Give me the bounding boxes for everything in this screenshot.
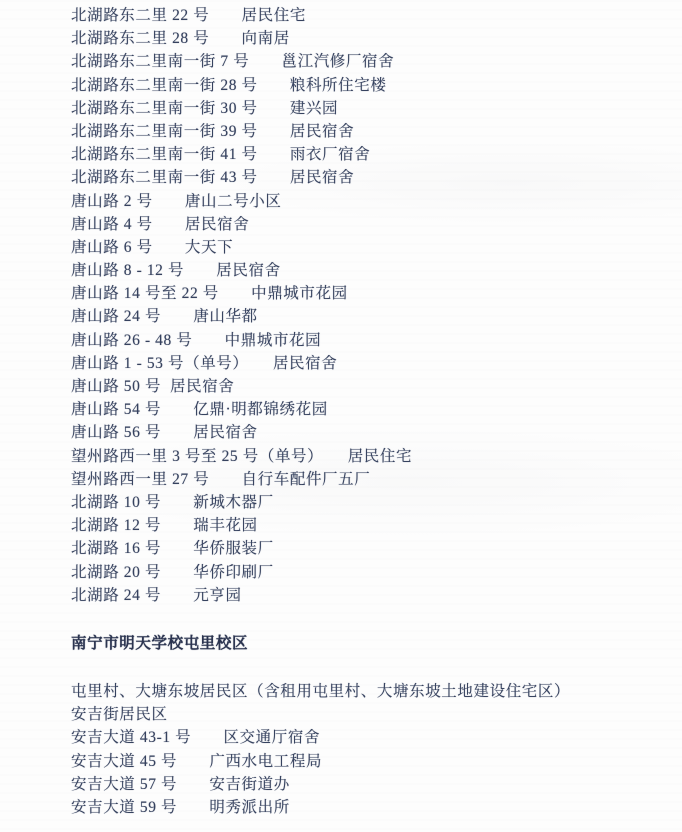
- address-line: 北湖路东二里 28 号 向南居: [71, 27, 672, 50]
- address-line: 安吉大道 45 号 广西水电工程局: [71, 750, 672, 773]
- address-line: 北湖路 24 号 元亨园: [71, 584, 672, 607]
- address-line: 安吉大道 43-1 号 区交通厅宿舍: [71, 726, 672, 749]
- address-line: 唐山路 6 号 大天下: [71, 236, 672, 259]
- address-line: 唐山路 54 号 亿鼎·明都锦绣花园: [71, 398, 672, 421]
- address-line: 唐山路 26 - 48 号 中鼎城市花园: [71, 329, 672, 352]
- address-line: 望州路西一里 3 号至 25 号（单号） 居民住宅: [71, 445, 672, 468]
- address-line: 北湖路东二里南一街 43 号 居民宿舍: [71, 166, 672, 189]
- address-line: 北湖路 16 号 华侨服装厂: [71, 537, 672, 560]
- address-line: 北湖路东二里南一街 30 号 建兴园: [71, 97, 672, 120]
- document-page: 北湖路东二里 22 号 居民住宅 北湖路东二里 28 号 向南居 北湖路东二里南…: [0, 0, 682, 832]
- address-line: 唐山路 50 号 居民宿舍: [71, 375, 672, 398]
- address-line: 唐山路 56 号 居民宿舍: [71, 421, 672, 444]
- address-line: 北湖路东二里 22 号 居民住宅: [71, 4, 672, 27]
- address-line: 屯里村、大塘东坡居民区（含租用屯里村、大塘东坡土地建设住宅区）: [71, 680, 672, 703]
- address-line: 北湖路 10 号 新城木器厂: [71, 491, 672, 514]
- address-line: 唐山路 2 号 唐山二号小区: [71, 190, 672, 213]
- address-line: 望州路西一里 27 号 自行车配件厂五厂: [71, 468, 672, 491]
- address-line: 唐山路 1 - 53 号（单号） 居民宿舍: [71, 352, 672, 375]
- address-list-section-1: 北湖路东二里 22 号 居民住宅 北湖路东二里 28 号 向南居 北湖路东二里南…: [71, 4, 672, 607]
- address-line: 唐山路 4 号 居民宿舍: [71, 213, 672, 236]
- section-heading: 南宁市明天学校屯里校区: [71, 632, 672, 655]
- address-line: 安吉街居民区: [71, 703, 672, 726]
- address-line: 唐山路 24 号 唐山华都: [71, 305, 672, 328]
- address-list-section-2: 屯里村、大塘东坡居民区（含租用屯里村、大塘东坡土地建设住宅区） 安吉街居民区 安…: [71, 680, 672, 819]
- address-line: 北湖路东二里南一街 41 号 雨衣厂宿舍: [71, 143, 672, 166]
- address-line: 北湖路 20 号 华侨印刷厂: [71, 561, 672, 584]
- address-line: 安吉大道 59 号 明秀派出所: [71, 796, 672, 819]
- address-line: 北湖路东二里南一街 39 号 居民宿舍: [71, 120, 672, 143]
- address-line: 北湖路 12 号 瑞丰花园: [71, 514, 672, 537]
- address-line: 唐山路 8 - 12 号 居民宿舍: [71, 259, 672, 282]
- address-line: 北湖路东二里南一街 28 号 粮科所住宅楼: [71, 74, 672, 97]
- address-line: 安吉大道 57 号 安吉街道办: [71, 773, 672, 796]
- address-line: 唐山路 14 号至 22 号 中鼎城市花园: [71, 282, 672, 305]
- address-line: 北湖路东二里南一街 7 号 邕江汽修厂宿舍: [71, 50, 672, 73]
